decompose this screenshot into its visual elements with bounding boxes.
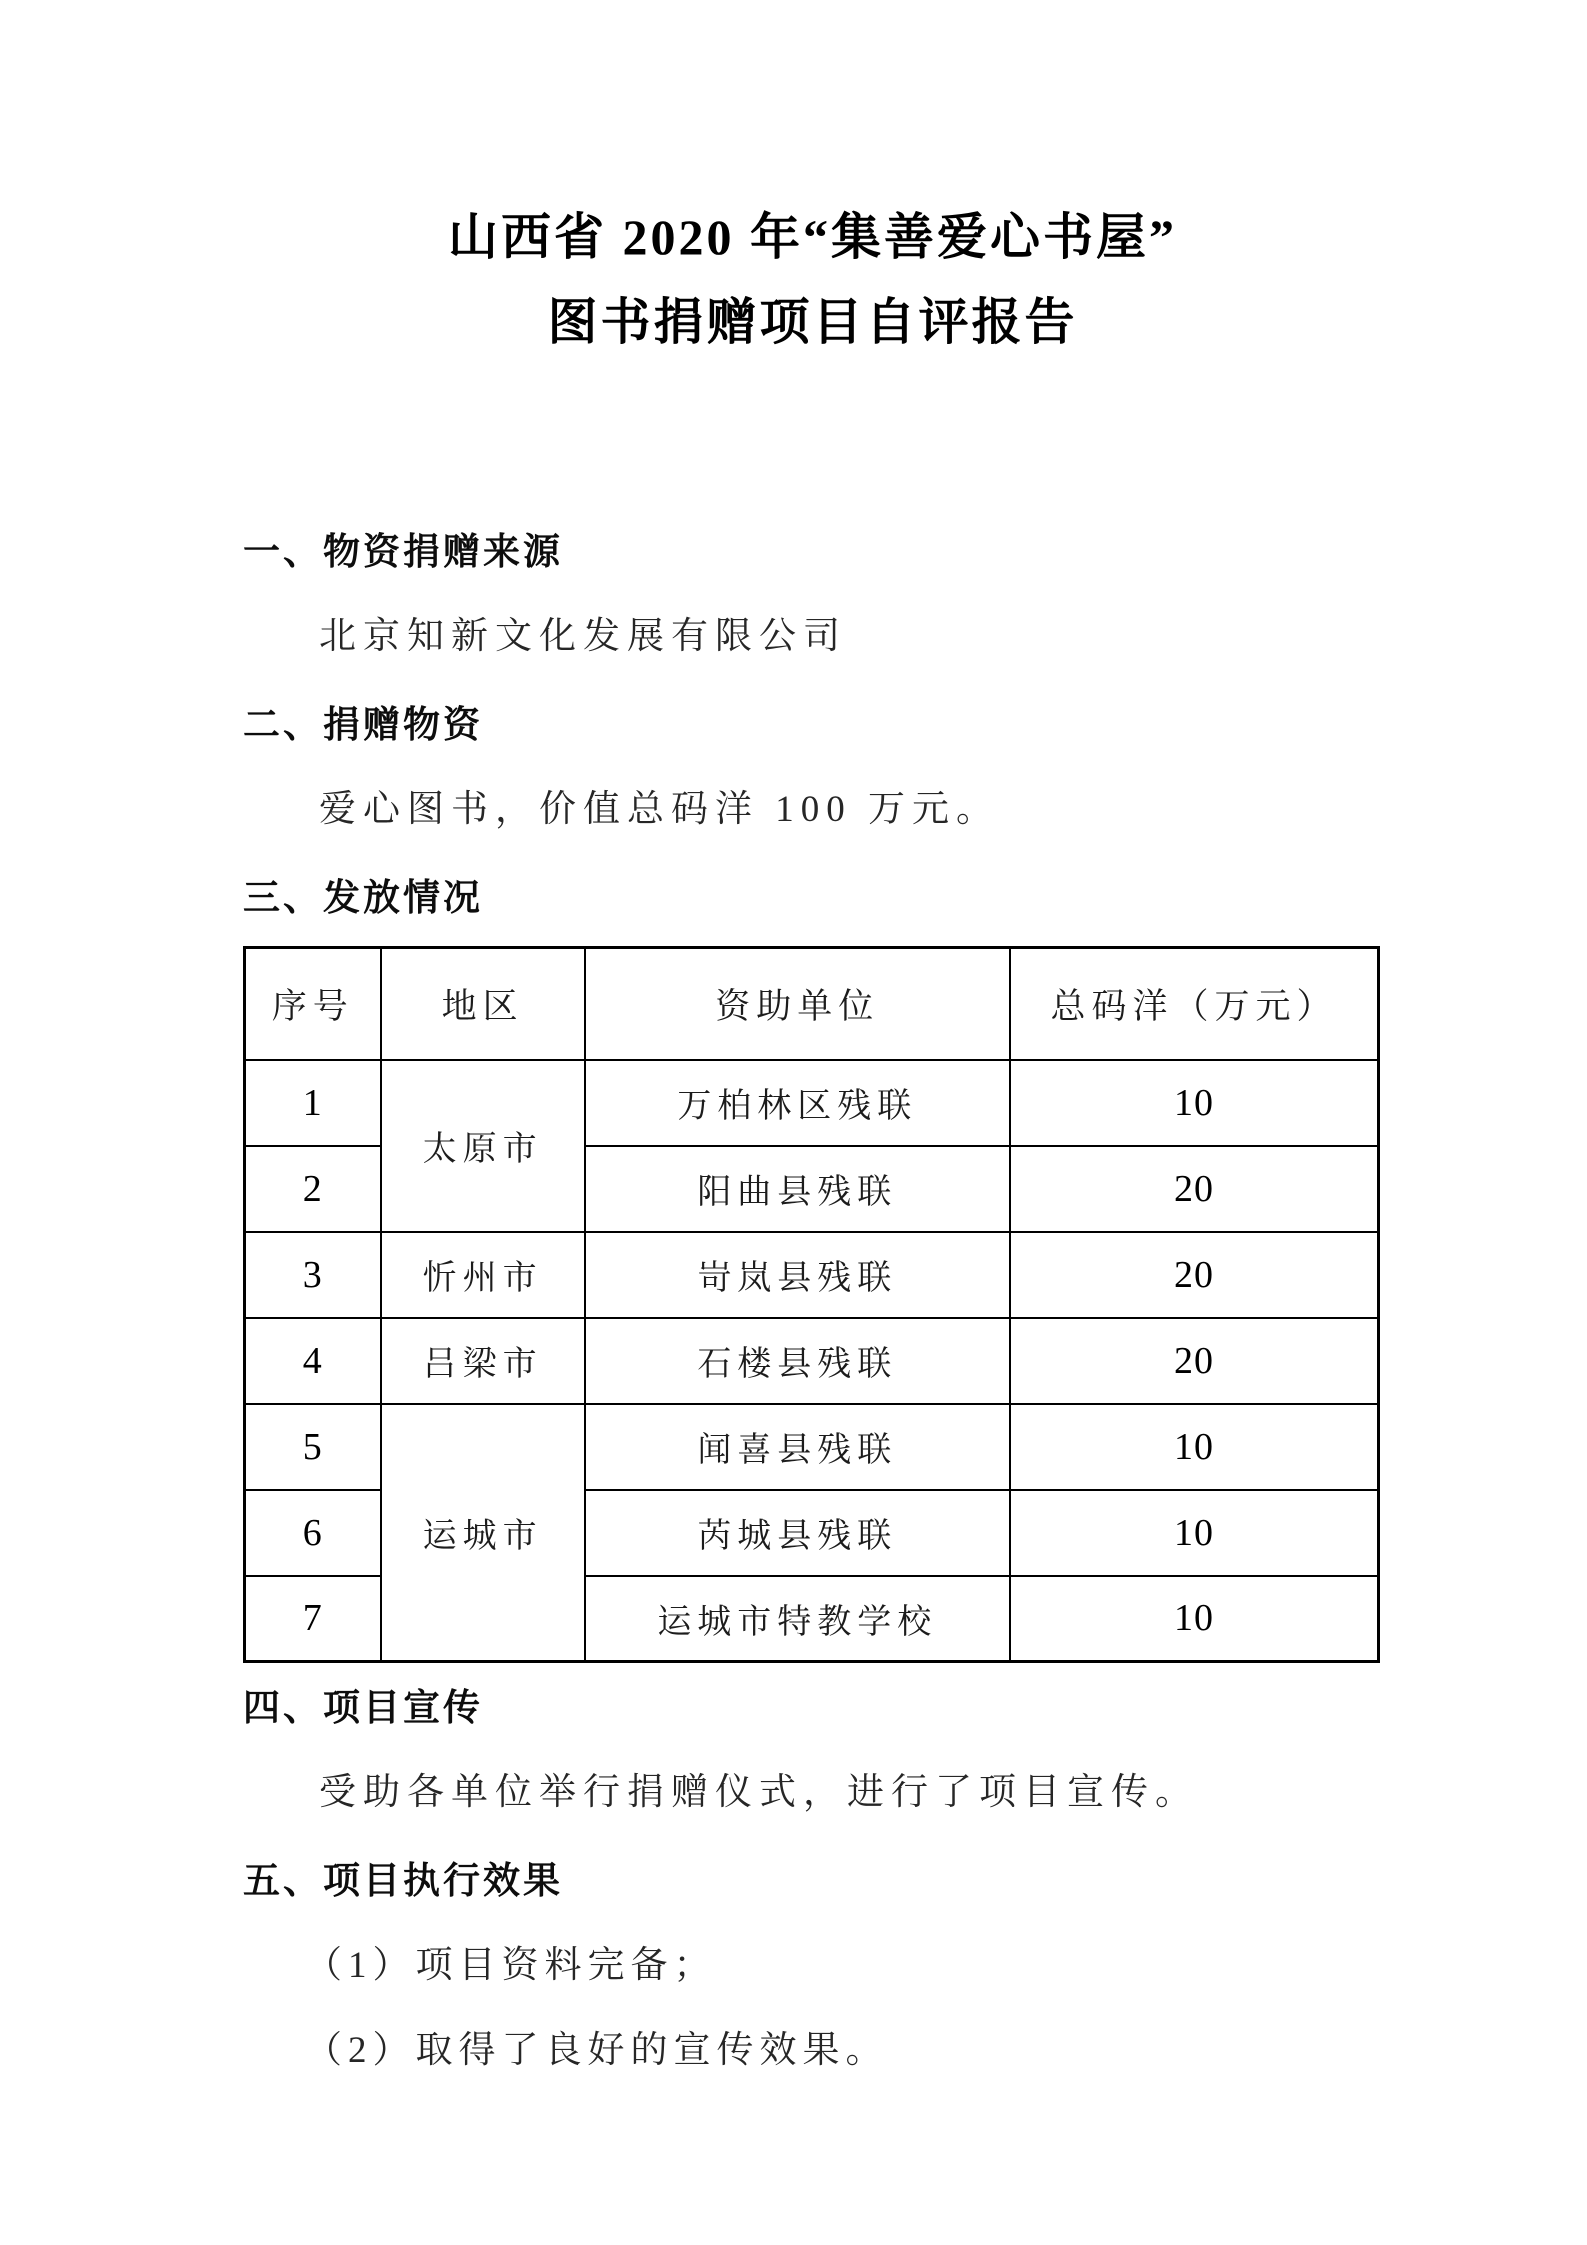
- table-row: 1 太原市 万柏林区残联 10: [245, 1060, 1379, 1146]
- table-row: 5 运城市 闻喜县残联 10: [245, 1404, 1379, 1490]
- cell-no: 7: [245, 1576, 381, 1662]
- cell-region: 吕梁市: [381, 1318, 585, 1404]
- document-content: 山西省 2020 年“集善爱心书屋” 图书捐赠项目自评报告 一、物资捐赠来源 北…: [0, 0, 1587, 2072]
- section-4-body: 受助各单位举行捐赠仪式，进行了项目宣传。: [243, 1772, 1382, 1815]
- column-header-unit: 资助单位: [585, 948, 1010, 1060]
- cell-region: 运城市: [381, 1404, 585, 1662]
- cell-amount: 20: [1010, 1232, 1379, 1318]
- cell-unit: 闻喜县残联: [585, 1404, 1010, 1490]
- title-line-1: 山西省 2020 年“集善爱心书屋”: [243, 195, 1382, 280]
- document-page: 山西省 2020 年“集善爱心书屋” 图书捐赠项目自评报告 一、物资捐赠来源 北…: [0, 0, 1587, 2245]
- table-row: 3 忻州市 岢岚县残联 20: [245, 1232, 1379, 1318]
- cell-region: 忻州市: [381, 1232, 585, 1318]
- cell-amount: 10: [1010, 1060, 1379, 1146]
- cell-unit: 石楼县残联: [585, 1318, 1010, 1404]
- cell-no: 1: [245, 1060, 381, 1146]
- column-header-no: 序号: [245, 948, 381, 1060]
- column-header-region: 地区: [381, 948, 585, 1060]
- title-line-2: 图书捐赠项目自评报告: [243, 280, 1382, 365]
- cell-amount: 10: [1010, 1490, 1379, 1576]
- section-1-heading: 一、物资捐赠来源: [243, 533, 1382, 574]
- cell-no: 2: [245, 1146, 381, 1232]
- cell-no: 5: [245, 1404, 381, 1490]
- section-5-item-2: （2）取得了良好的宣传效果。: [243, 2030, 1382, 2073]
- section-2-heading: 二、捐赠物资: [243, 706, 1382, 747]
- cell-no: 6: [245, 1490, 381, 1576]
- cell-no: 3: [245, 1232, 381, 1318]
- cell-unit: 运城市特教学校: [585, 1576, 1010, 1662]
- cell-unit: 万柏林区残联: [585, 1060, 1010, 1146]
- cell-amount: 20: [1010, 1146, 1379, 1232]
- section-3-heading: 三、发放情况: [243, 879, 1382, 920]
- distribution-table: 序号 地区 资助单位 总码洋（万元） 1 太原市 万柏林区残联 10 2 阳曲县…: [243, 946, 1380, 1663]
- section-5-item-1: （1）项目资料完备；: [243, 1945, 1382, 1988]
- section-1-body: 北京知新文化发展有限公司: [243, 616, 1382, 659]
- cell-unit: 岢岚县残联: [585, 1232, 1010, 1318]
- section-4-heading: 四、项目宣传: [243, 1689, 1382, 1730]
- cell-no: 4: [245, 1318, 381, 1404]
- column-header-amount: 总码洋（万元）: [1010, 948, 1379, 1060]
- table-row: 4 吕梁市 石楼县残联 20: [245, 1318, 1379, 1404]
- cell-region: 太原市: [381, 1060, 585, 1232]
- cell-amount: 10: [1010, 1576, 1379, 1662]
- table-header-row: 序号 地区 资助单位 总码洋（万元）: [245, 948, 1379, 1060]
- document-title: 山西省 2020 年“集善爱心书屋” 图书捐赠项目自评报告: [243, 195, 1382, 365]
- section-5-heading: 五、项目执行效果: [243, 1862, 1382, 1903]
- cell-amount: 10: [1010, 1404, 1379, 1490]
- section-2-body: 爱心图书，价值总码洋 100 万元。: [243, 789, 1382, 832]
- cell-unit: 阳曲县残联: [585, 1146, 1010, 1232]
- cell-unit: 芮城县残联: [585, 1490, 1010, 1576]
- cell-amount: 20: [1010, 1318, 1379, 1404]
